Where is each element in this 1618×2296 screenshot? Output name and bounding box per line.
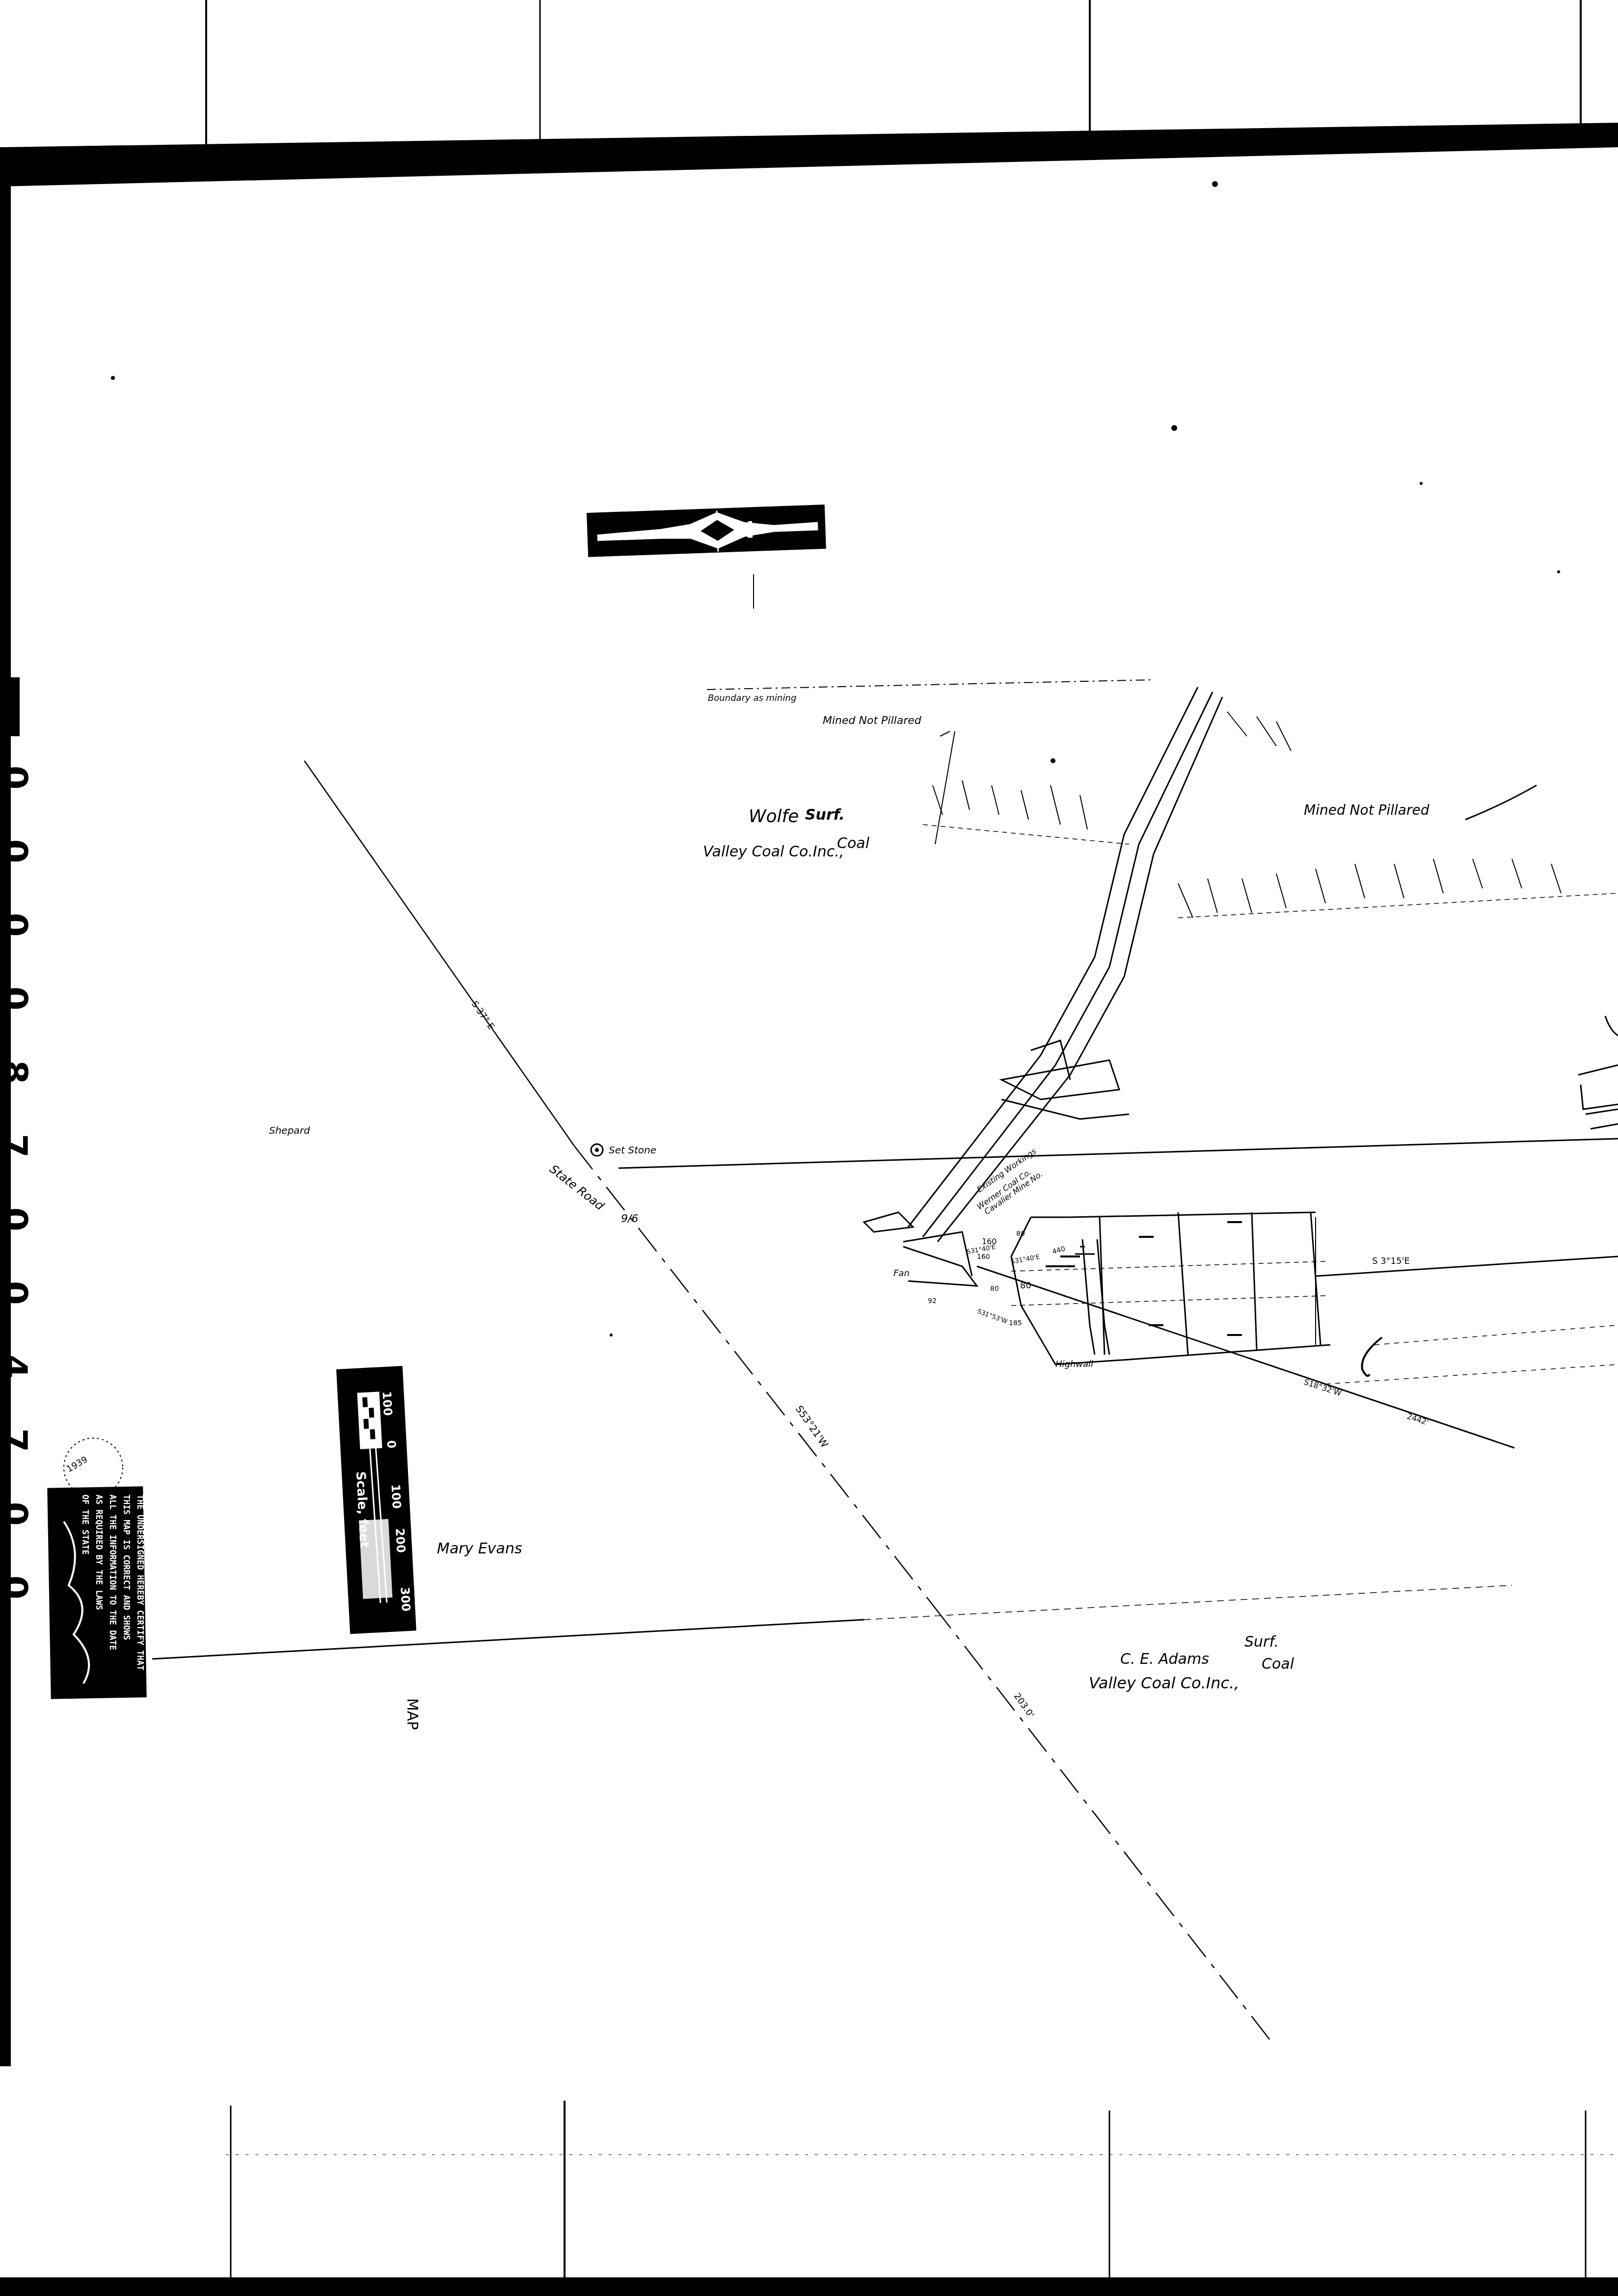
certification-line: OF THE STATE bbox=[80, 1495, 90, 1555]
bearing-workings-2: S31°53'W bbox=[976, 1308, 1009, 1326]
mine-map-canvas: 000087004700 N bbox=[0, 0, 1618, 2296]
distance-right: 2442' bbox=[1406, 1412, 1430, 1427]
scale-tick-label: 300 bbox=[398, 1587, 413, 1612]
dim-160b: 160 bbox=[977, 1253, 990, 1261]
scale-bar: Scale, feet 1000100200300 bbox=[336, 1366, 416, 1634]
edge-digit: 0 bbox=[0, 839, 35, 863]
bearing-workings-3: S31°40'E bbox=[1010, 1254, 1040, 1266]
dim-80c: 80 bbox=[1020, 1281, 1031, 1291]
stamp-year: 1939 bbox=[65, 1454, 89, 1474]
tract-adams-owner: C. E. Adams bbox=[1120, 1651, 1209, 1668]
edge-digit: 0 bbox=[0, 1502, 35, 1526]
edge-digit: 0 bbox=[0, 766, 35, 790]
scan-specks bbox=[111, 181, 1560, 1336]
label-fan: Fan bbox=[893, 1268, 910, 1279]
tract-adams-surf: Surf. bbox=[1244, 1633, 1279, 1651]
certification-stamp: 1939 THE UNDERSIGNED HEREBY CERTIFY THAT… bbox=[47, 1438, 146, 1699]
tract-shepard: Shepard bbox=[269, 1124, 310, 1136]
certification-line: THIS MAP IS CORRECT AND SHOWS bbox=[121, 1495, 131, 1640]
north-arrow-letter: N bbox=[735, 516, 755, 543]
certification-line: AS REQUIRED BY THE LAWS bbox=[94, 1495, 104, 1610]
label-highwall: Highwall bbox=[1055, 1359, 1093, 1369]
bearing-upper-line: S 37° E bbox=[469, 999, 496, 1032]
sheet-border bbox=[0, 0, 1618, 2296]
edge-digit: 7 bbox=[0, 1428, 35, 1452]
label-station-mark: 9/6 bbox=[621, 1213, 638, 1225]
label-mined-not-pillared-top: Mined Not Pillared bbox=[823, 715, 922, 727]
tract-wolfe-coal-owner: Valley Coal Co.Inc., bbox=[703, 843, 844, 860]
dim-80b: 80 bbox=[990, 1285, 999, 1293]
bearing-right-lower: S18°32'W bbox=[1303, 1377, 1343, 1398]
scale-tick-label: 100 bbox=[388, 1484, 404, 1509]
boundary-note: Boundary as mining bbox=[708, 693, 796, 703]
tract-adams-coal: Coal bbox=[1262, 1655, 1294, 1673]
dim-185: 185 bbox=[1009, 1319, 1022, 1327]
certification-line: ALL THE INFORMATION TO THE DATE bbox=[108, 1495, 117, 1650]
bearing-right-upper: S 3°15'E bbox=[1372, 1256, 1410, 1266]
label-map-letters: MAP bbox=[404, 1698, 421, 1730]
scale-tick-label: 0 bbox=[384, 1440, 399, 1449]
set-stone-marker bbox=[591, 1144, 603, 1156]
tract-mary-evans: Mary Evans bbox=[437, 1540, 522, 1557]
certification-line: THE UNDERSIGNED HEREBY CERTIFY THAT bbox=[135, 1495, 145, 1670]
edge-digit: 0 bbox=[0, 987, 35, 1011]
dim-440: 440 bbox=[1052, 1245, 1066, 1255]
edge-digit: 0 bbox=[0, 1207, 35, 1231]
label-set-stone: Set Stone bbox=[609, 1144, 656, 1156]
tract-wolfe-owner: Wolfe bbox=[749, 806, 799, 827]
map-labels: Boundary as mining Mined Not Pillared Wo… bbox=[269, 693, 1537, 1730]
bearing-middle-line: S53°21'W bbox=[793, 1403, 831, 1450]
mine-workings bbox=[864, 687, 1618, 1364]
tract-wolfe-coal: Coal bbox=[837, 835, 870, 852]
property-lines bbox=[152, 680, 1618, 2042]
survey-bearings: S 37° E S53°21'W 203.0' S 3°15'E S18°32'… bbox=[469, 999, 1430, 1720]
bearing-lower-line: 203.0' bbox=[1012, 1691, 1036, 1720]
edge-digit: 0 bbox=[0, 1575, 35, 1600]
label-state-road: State Road bbox=[547, 1162, 607, 1213]
edge-digit: 4 bbox=[0, 1355, 35, 1379]
north-arrow-icon: N bbox=[587, 505, 826, 557]
edge-digit: 0 bbox=[0, 913, 35, 937]
scale-tick-label: 200 bbox=[393, 1528, 408, 1553]
tract-adams-coal-owner: Valley Coal Co.Inc., bbox=[1089, 1674, 1239, 1692]
edge-digit: 8 bbox=[0, 1060, 35, 1084]
scale-tick-label: 100 bbox=[379, 1391, 395, 1416]
edge-digit: 7 bbox=[0, 1134, 35, 1158]
dim-80a: 80 bbox=[1016, 1230, 1025, 1238]
label-mined-not-pillared-right: Mined Not Pillared bbox=[1304, 802, 1429, 818]
edge-digit: 0 bbox=[0, 1281, 35, 1305]
dim-92: 92 bbox=[928, 1297, 937, 1305]
tract-wolfe-surf: Surf. bbox=[805, 806, 845, 824]
